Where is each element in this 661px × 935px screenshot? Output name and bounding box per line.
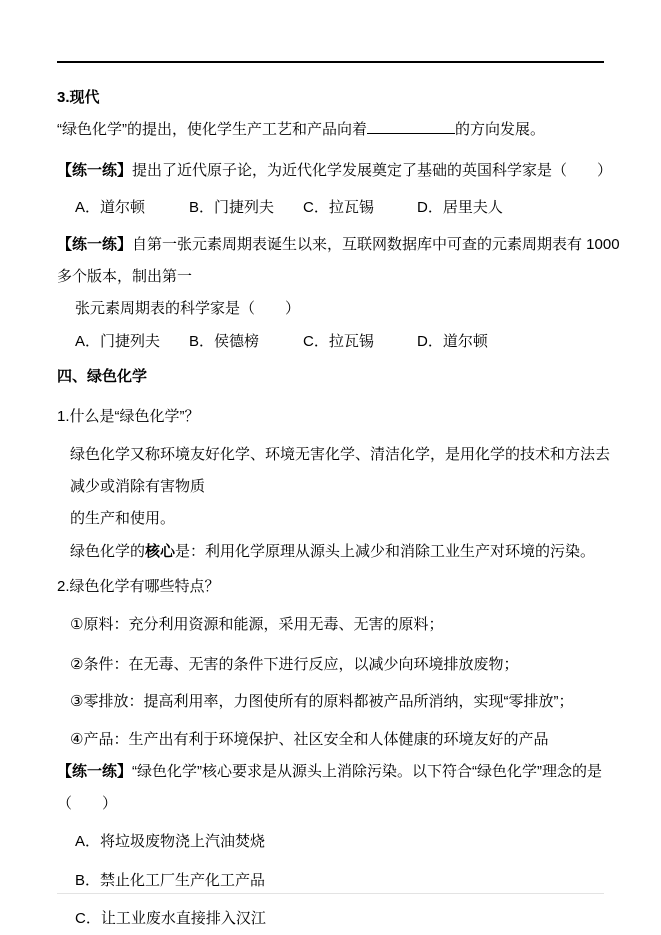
fill-in-prefix: “绿色化学”的提出，使化学生产工艺和产品向着: [57, 121, 367, 138]
fill-in-suffix: 的方向发展。: [455, 121, 545, 138]
section-heading-modern: 3.现代: [0, 82, 661, 114]
core-suffix: 是：利用化学原理从源头上减少和消除工业生产对环境的污染。: [175, 543, 595, 560]
feature-item-1: ①原料：充分利用资源和能源，采用无毒、无害的原料；: [0, 609, 661, 641]
option-a: A．道尔顿: [75, 192, 189, 224]
option-c: C．拉瓦锡: [303, 192, 417, 224]
question-what-is-green-chemistry: 1.什么是“绿色化学”？: [0, 401, 661, 433]
practice-tag: 【练一练】: [57, 236, 132, 253]
practice-question-1: 【练一练】提出了近代原子论，为近代化学发展奠定了基础的英国科学家是（ ）: [0, 155, 661, 187]
fill-in-blank-line: [367, 118, 455, 134]
practice-question-2: 【练一练】自第一张元素周期表诞生以来，互联网数据库中可查的元素周期表有 1000…: [0, 229, 661, 325]
practice-question-3-text: “绿色化学”核心要求是从源头上消除污染。以下符合“绿色化学”理念的是（ ）: [57, 763, 602, 812]
feature-item-3: ③零排放：提高利用率，力图使所有的原料都被产品所消纳，实现“零排放”；: [0, 686, 661, 718]
definition-line2: 的生产和使用。: [0, 503, 661, 535]
option-d: D．道尔顿: [417, 326, 488, 358]
option-b: B．侯德榜: [189, 326, 303, 358]
option-b: B．门捷列夫: [189, 192, 303, 224]
practice-question-2-line1: 自第一张元素周期表诞生以来，互联网数据库中可查的元素周期表有 1000 多个版本…: [57, 236, 620, 285]
footer-separator-line: [57, 893, 604, 894]
practice-question-3: 【练一练】“绿色化学”核心要求是从源头上消除污染。以下符合“绿色化学”理念的是（…: [0, 756, 661, 820]
worksheet-page: 3.现代 “绿色化学”的提出，使化学生产工艺和产品向着的方向发展。 【练一练】提…: [0, 0, 661, 935]
practice-tag: 【练一练】: [57, 763, 132, 780]
feature-item-4: ④产品：生产出有利于环境保护、社区安全和人体健康的环境友好的产品: [0, 724, 661, 756]
core-emphasis: 核心: [145, 543, 175, 560]
feature-item-2: ②条件：在无毒、无害的条件下进行反应，以减少向环境排放废物；: [0, 649, 661, 681]
option-c: C．拉瓦锡: [303, 326, 417, 358]
definition-line1: 绿色化学又称环境友好化学、环境无害化学、清洁化学，是用化学的技术和方法去减少或消…: [0, 439, 661, 503]
core-prefix: 绿色化学的: [70, 543, 145, 560]
practice-tag: 【练一练】: [57, 162, 132, 179]
question-2-options-row: A．门捷列夫B．侯德榜C．拉瓦锡D．道尔顿: [0, 326, 661, 358]
fill-in-sentence: “绿色化学”的提出，使化学生产工艺和产品向着的方向发展。: [0, 114, 661, 146]
question-green-chemistry-features: 2.绿色化学有哪些特点？: [0, 571, 661, 603]
practice-question-2-line2: 张元素周期表的科学家是（ ）: [0, 293, 661, 325]
option-a: A．门捷列夫: [75, 326, 189, 358]
question-3-option-a: A．将垃圾废物浇上汽油焚烧: [0, 826, 661, 858]
header-separator-line: [57, 61, 604, 63]
question-3-option-c: C．让工业废水直接排入汉江: [0, 903, 661, 935]
practice-question-1-text: 提出了近代原子论，为近代化学发展奠定了基础的英国科学家是（ ）: [132, 162, 612, 179]
green-chemistry-definition: 绿色化学又称环境友好化学、环境无害化学、清洁化学，是用化学的技术和方法去减少或消…: [0, 439, 661, 535]
question-1-options-row: A．道尔顿B．门捷列夫C．拉瓦锡D．居里夫人: [0, 192, 661, 224]
section-heading-green-chemistry: 四、绿色化学: [0, 361, 661, 393]
option-d: D．居里夫人: [417, 192, 503, 224]
green-chemistry-core-statement: 绿色化学的核心是：利用化学原理从源头上减少和消除工业生产对环境的污染。: [0, 536, 661, 568]
document-body: 3.现代 “绿色化学”的提出，使化学生产工艺和产品向着的方向发展。 【练一练】提…: [0, 82, 661, 935]
